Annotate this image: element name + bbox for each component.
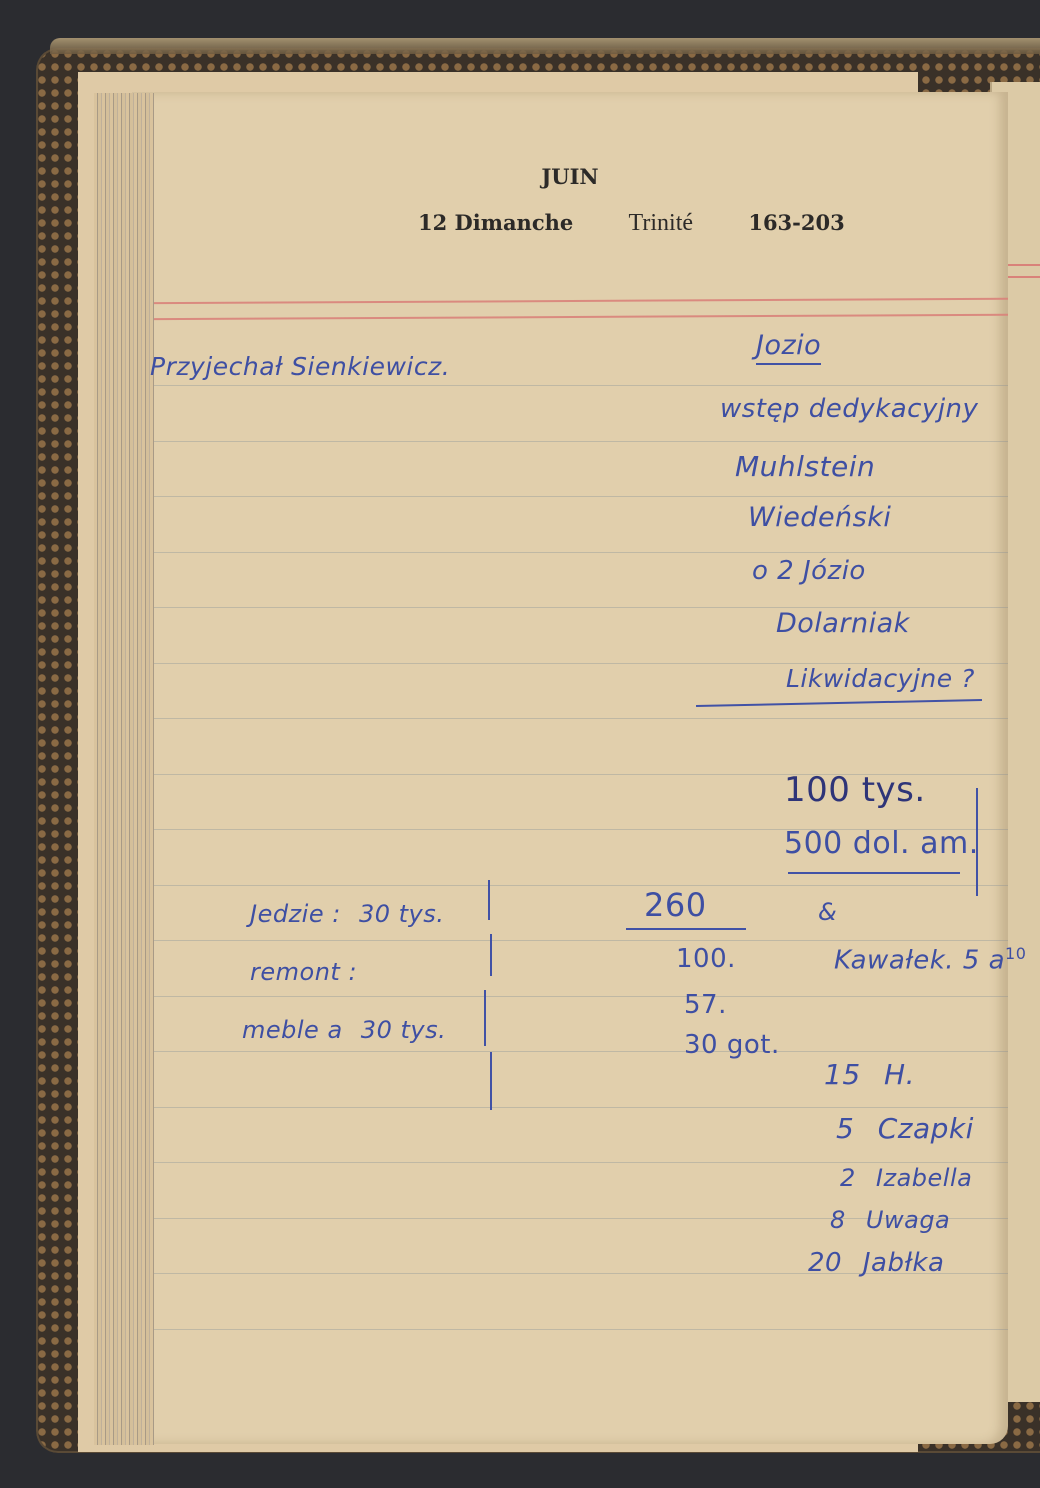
underline-stroke (788, 872, 960, 874)
ruled-line (138, 1051, 1008, 1052)
tally-item: 30 got. (684, 1030, 780, 1060)
ruled-line (138, 1162, 1008, 1163)
expense-label: remont : (250, 958, 357, 986)
right-list-item: Muhlstein (735, 450, 875, 483)
ruled-line (138, 441, 1008, 442)
ruled-line (138, 996, 1008, 997)
ruled-line (138, 885, 1008, 886)
count-qty: 15 (824, 1058, 861, 1091)
red-margin-rule (132, 314, 1008, 321)
count-qty: 20 (808, 1248, 842, 1278)
ruled-line (138, 552, 1008, 553)
side-note-text: Kawałek. 5 a (834, 946, 1005, 976)
day-count: 163-203 (748, 210, 844, 235)
column-divider (488, 880, 490, 920)
ruled-line (138, 1329, 1008, 1330)
count-row: 5 Czapki (836, 1112, 974, 1145)
column-divider (490, 934, 492, 976)
count-qty: 5 (836, 1112, 854, 1145)
tally-item: 100. (676, 944, 736, 974)
tally-total: 260 (644, 886, 707, 924)
count-row: 15 H. (824, 1058, 915, 1091)
count-label: Uwaga (866, 1206, 950, 1234)
amount-line: 500 dol. am. (784, 826, 979, 861)
side-note-superscript: 10 (1005, 944, 1026, 963)
cover-top-edge (50, 38, 1040, 54)
tally-item: 57. (684, 990, 727, 1020)
date-line: 12 Dimanche Trinité 163-203 (418, 210, 845, 237)
right-list-title: Jozio (756, 330, 821, 361)
expense-row: remont : (250, 958, 357, 986)
right-list-item: Likwidacyjne ? (786, 664, 975, 693)
tally-underline (626, 928, 746, 930)
feast-label: Trinité (629, 210, 693, 237)
count-qty: 2 (840, 1164, 856, 1192)
count-label: H. (884, 1058, 915, 1091)
red-margin-rule (132, 298, 1008, 305)
count-row: 20 Jabłka (808, 1248, 944, 1278)
side-note-symbol: & (818, 898, 837, 926)
page-stack-edge (94, 93, 154, 1445)
day-label: 12 Dimanche (418, 210, 573, 235)
count-label: Czapki (878, 1112, 974, 1145)
diary-page: JUIN 12 Dimanche Trinité 163-203 (132, 92, 1008, 1444)
month-heading: JUIN (132, 164, 1008, 189)
right-list-item: o 2 Józio (752, 556, 866, 586)
ruled-line (138, 496, 1008, 497)
column-divider (484, 990, 486, 1046)
side-note: Kawałek. 5 a10 (834, 944, 1026, 976)
count-label: Izabella (876, 1164, 972, 1192)
expense-row: Jedzie : 30 tys. (250, 900, 444, 928)
bracket-stroke (976, 788, 978, 896)
ruled-line (138, 718, 1008, 719)
right-list-title-text: Jozio (756, 330, 821, 365)
expense-row: meble a 30 tys. (242, 1016, 446, 1044)
amount-line: 100 tys. (784, 770, 926, 810)
ruled-line (138, 1107, 1008, 1108)
count-qty: 8 (830, 1206, 846, 1234)
right-list-item: Dolarniak (776, 608, 910, 639)
right-list-item: Wiedeński (748, 502, 891, 533)
count-row: 8 Uwaga (830, 1206, 950, 1234)
count-label: Jabłka (863, 1248, 945, 1278)
expense-label: meble a (242, 1016, 343, 1044)
ruled-line (138, 385, 1008, 386)
handwritten-title-left: Przyjechał Sienkiewicz. (150, 352, 450, 381)
expense-value: 30 tys. (361, 1016, 446, 1044)
ruled-line (138, 940, 1008, 941)
column-divider (490, 1052, 492, 1110)
count-row: 2 Izabella (840, 1164, 972, 1192)
right-list-item: wstęp dedykacyjny (720, 394, 978, 424)
expense-value: 30 tys. (359, 900, 444, 928)
expense-label: Jedzie : (250, 900, 341, 928)
